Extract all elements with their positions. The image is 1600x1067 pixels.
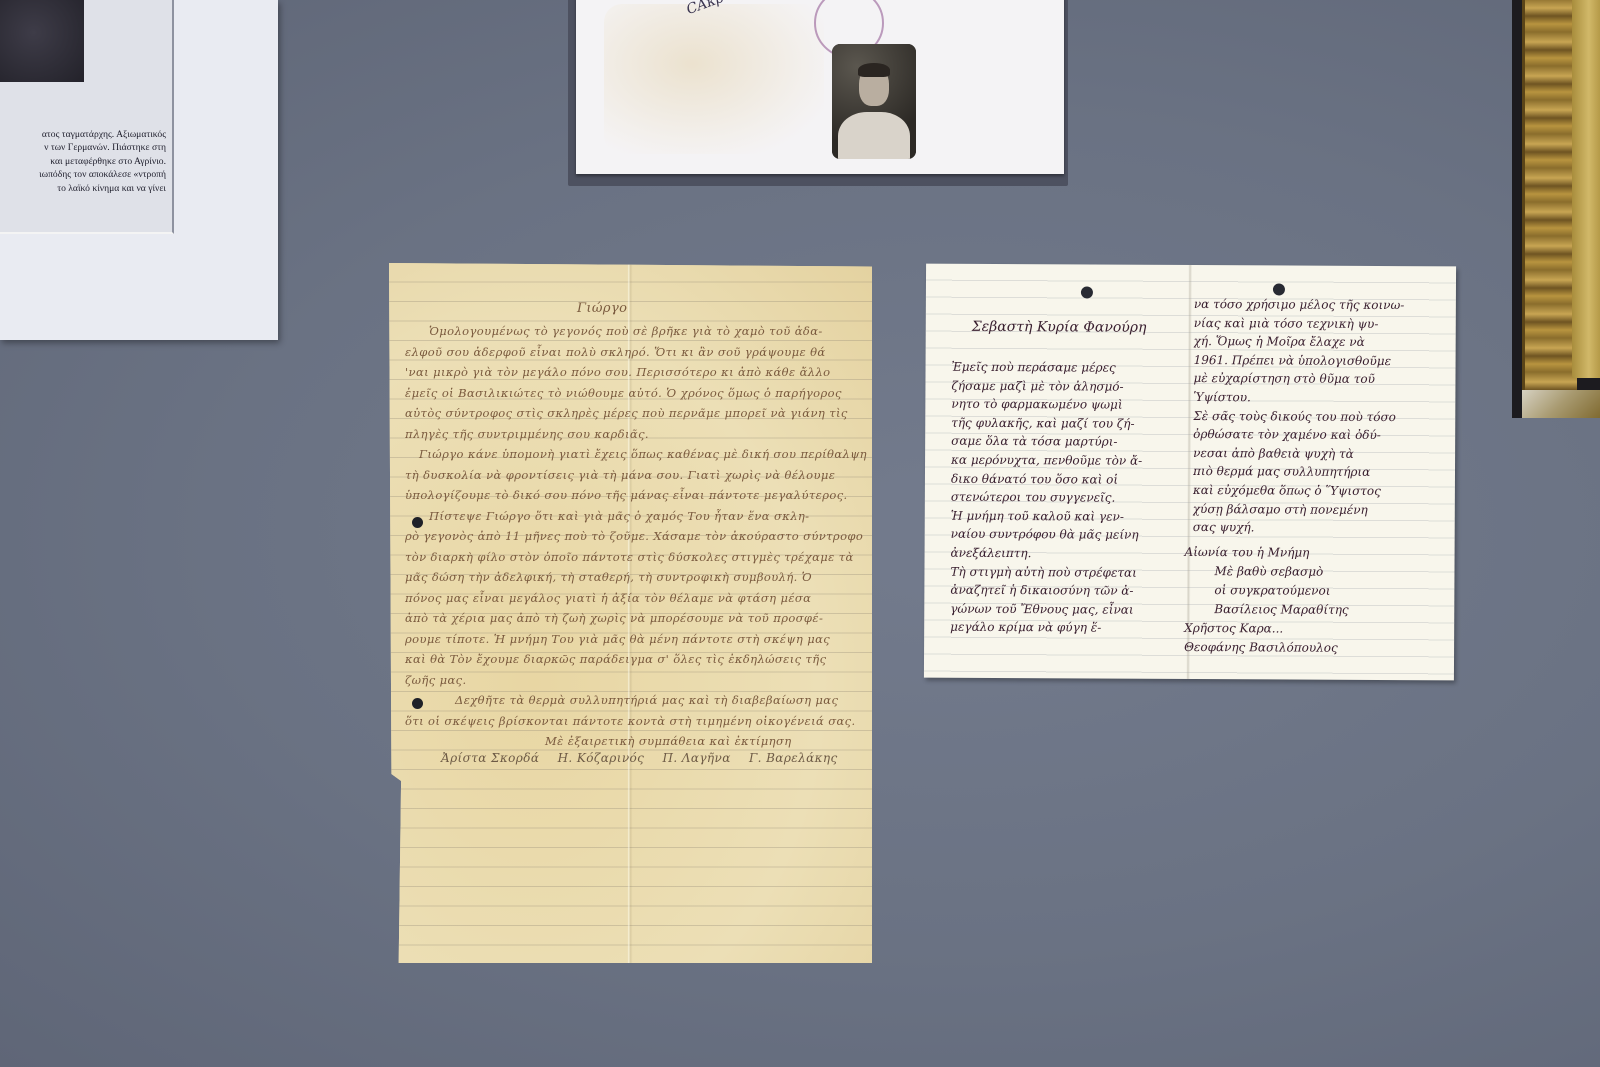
body-line: ὀρθώσατε τὸν χαμένο καὶ ὀδύ-	[1193, 425, 1448, 445]
paper-stain	[604, 4, 824, 154]
body-line: Ἐμεῖς ποὺ περάσαμε μέρες	[951, 358, 1183, 378]
gilt-frame-corner	[1522, 390, 1600, 418]
body-line: Δεχθῆτε τὰ θερμὰ συλλυπητήριά μας καὶ τὴ…	[405, 690, 867, 711]
body-line: δικο θάνατό του ὅσο καὶ οἱ	[951, 469, 1183, 489]
condolence-letter-yellow: Γιώργο Ὁμολογουμένως τὸ γεγονός ποὺ σὲ β…	[389, 263, 872, 963]
closing-line: Θεοφάνης Βασιλόπουλος	[1184, 638, 1348, 658]
print-photo	[0, 0, 84, 82]
print-caption: ατος ταγματάρχης. Αξιωματικός ν των Γερμ…	[0, 128, 166, 195]
signature: Π. Λαγῆνα	[662, 751, 730, 765]
punch-hole	[1081, 286, 1093, 298]
letter-closing: Αἰωνία του ἡ Μνήμη Μὲ βαθὺ σεβασμὸ οἱ συ…	[1214, 543, 1349, 658]
body-line: νητο τὸ φαρμακωμένο ψωμὶ	[951, 395, 1183, 415]
body-line: τῆς φυλακῆς, καὶ μαζί του ζή-	[951, 414, 1183, 434]
body-line: ἐμεῖς οἱ Βασιλικιώτες τὸ νιώθουμε αὐτό. …	[405, 383, 867, 404]
body-line: πιὸ θερμά μας συλλυπητήρια	[1193, 462, 1448, 482]
body-line: καὶ θὰ Τὸν ἔχουμε διαρκῶς παράδειγμα σ' …	[405, 649, 867, 670]
body-line: νεσαι ἀπὸ βαθειὰ ψυχὴ τὰ	[1193, 444, 1448, 464]
letter-left-column: Ἐμεῖς ποὺ περάσαμε μέρες ζήσαμε μαζὶ μὲ …	[950, 358, 1183, 638]
body-line: Ὑψίστου.	[1193, 388, 1448, 408]
body-line: σαμε ὅλα τὰ τόσα μαρτύρι-	[951, 432, 1183, 452]
caption-line: ιωπόδης τον αποκάλεσε «ντροπή	[0, 168, 166, 181]
body-line: ζήσαμε μαζὶ μὲ τὸν ἀλησμό-	[951, 376, 1183, 396]
body-line: κα μερόνυχτα, πενθοῦμε τὸν ἄ-	[951, 451, 1183, 471]
closing-line: Μὲ βαθὺ σεβασμὸ	[1214, 562, 1348, 582]
body-line: χή. Ὅμως ἡ Μοῖρα ἔλαχε νὰ	[1194, 332, 1449, 352]
caption-line: ν των Γερμανών. Πιάστηκε στη	[0, 141, 166, 154]
closing-line: Χρῆστος Καρα...	[1184, 619, 1348, 639]
body-line: Ἡ μνήμη τοῦ καλοῦ καὶ γεν-	[951, 506, 1183, 526]
body-line: σας ψυχή.	[1193, 518, 1448, 538]
body-line: Γιώργο κάνε ὑπομονὴ γιατὶ ἔχεις ὅπως καθ…	[405, 444, 867, 465]
print-mat: ατος ταγματάρχης. Αξιωματικός ν των Γερμ…	[0, 0, 174, 234]
body-line: Τὴ στιγμὴ αὐτὴ ποὺ στρέφεται	[950, 562, 1182, 582]
body-line: ρουμε τίποτε. Ἡ μνήμη Του γιὰ μᾶς θὰ μέν…	[405, 629, 867, 650]
body-line: Πίστεψε Γιώργο ὅτι καὶ γιὰ μᾶς ὁ χαμός Τ…	[405, 506, 867, 527]
signature: Ἀρίστα Σκορδά	[441, 751, 539, 765]
body-line: Σὲ σᾶς τοὺς δικούς του ποὺ τόσο	[1193, 407, 1448, 427]
body-line: Μὲ ἐξαιρετικὴ συμπάθεια καὶ ἐκτίμηση	[405, 731, 867, 752]
body-line: ἀπὸ τὰ χέρια μας ἀπὸ τὴ ζωὴ χωρὶς νὰ μπο…	[405, 608, 867, 629]
signature: Γ. Βαρελάκης	[749, 751, 838, 765]
body-line: 'ναι μικρὸ γιὰ τὸν μεγάλο πόνο σου. Περι…	[405, 362, 867, 383]
letter-right-column: να τόσο χρήσιμο μέλος τῆς κοινω- νίας κα…	[1193, 295, 1449, 538]
body-line: ελφοῦ σου ἀδερφοῦ εἶναι πολὺ σκληρό. Ὅτι…	[405, 342, 867, 363]
body-line: πληγὲς τῆς συντριμμένης σου καρδιᾶς.	[405, 424, 867, 445]
caption-line: ατος ταγματάρχης. Αξιωματικός	[0, 128, 166, 141]
body-line: ζωῆς μας.	[405, 670, 867, 691]
letter-salutation: Γιώργο	[577, 301, 627, 316]
framed-print: ατος ταγματάρχης. Αξιωματικός ν των Γερμ…	[0, 0, 278, 340]
body-line: ναίου συντρόφου θὰ μᾶς μείνη	[951, 525, 1183, 545]
body-line: νίας καὶ μιὰ τόσο τεχνικὴ ψυ-	[1194, 314, 1449, 334]
body-line: να τόσο χρήσιμο μέλος τῆς κοινω-	[1194, 295, 1449, 315]
body-line: μεγάλο κρίμα νὰ φύγη ἕ-	[950, 618, 1182, 638]
body-line: τὸν διαρκὴ φίλο στὸν ὁποῖο πάντοτε στὶς …	[405, 547, 867, 568]
body-line: ὑπολογίζουμε τὸ δικό σου πόνο τῆς μάνας …	[405, 485, 867, 506]
gilt-frame-inner	[1572, 0, 1600, 378]
condolence-letter-white: Σεβαστὴ Κυρία Φανούρη Ἐμεῖς ποὺ περάσαμε…	[924, 264, 1456, 681]
caption-line: το λαϊκό κίνημα και να γίνει	[0, 182, 166, 195]
signature: Η. Κόζαρινός	[558, 751, 645, 765]
portrait-photo	[832, 44, 916, 159]
body-line: 1961. Πρέπει νὰ ὑπολογισθοῦμε	[1194, 351, 1449, 371]
body-line: χύσῃ βάλσαμο στὴ πονεμένη	[1193, 500, 1448, 520]
body-line: μᾶς δώση τὴν ἀδελφική, τὴ σταθερή, τὴ συ…	[405, 567, 867, 588]
body-line: μὲ εὐχαρίστηση στὸ θῦμα τοῦ	[1193, 369, 1448, 389]
identity-document: ϹΑκρ	[576, 0, 1064, 174]
body-line: γώνων τοῦ Ἔθνους μας, εἶναι	[950, 599, 1182, 619]
gilt-frame-ornament	[1522, 0, 1577, 416]
body-line: καὶ εὐχόμεθα ὅπως ὁ Ὕψιστος	[1193, 481, 1448, 501]
closing-line: Αἰωνία του ἡ Μνήμη	[1185, 543, 1349, 563]
body-line: ἀναζητεῖ ἡ δικαιοσύνη τῶν ἀ-	[950, 581, 1182, 601]
caption-line: και μεταφέρθηκε στο Αγρίνιο.	[0, 155, 166, 168]
letter-signatures: Ἀρίστα Σκορδά Η. Κόζαρινός Π. Λαγῆνα Γ. …	[441, 751, 852, 765]
punch-hole	[1273, 283, 1285, 295]
body-line: ὅτι οἱ σκέψεις βρίσκονται πάντοτε κοντὰ …	[405, 711, 867, 732]
body-line: ἀνεξάλειπτη.	[951, 544, 1183, 564]
body-line: Ὁμολογουμένως τὸ γεγονός ποὺ σὲ βρῆκε γι…	[405, 321, 867, 342]
letter-salutation: Σεβαστὴ Κυρία Φανούρη	[972, 319, 1147, 336]
body-line: αὐτὸς σύντροφος στὶς σκληρὲς μέρες ποὺ π…	[405, 403, 867, 424]
body-line: πόνος μας εἶναι μεγάλος γιατὶ ἡ ἀξία τὸν…	[405, 588, 867, 609]
closing-line: Βασίλειος Μαραθίτης	[1214, 600, 1348, 620]
closing-line: οἱ συγκρατούμενοι	[1214, 581, 1348, 601]
body-line: ρὸ γεγονὸς ἀπὸ 11 μῆνες ποὺ τὸ ζοῦμε. Χά…	[405, 526, 867, 547]
body-line: στενώτεροι του συγγενεῖς.	[951, 488, 1183, 508]
body-line: τὴ δυσκολία νὰ φροντίσεις γιὰ τὴ μάνα σο…	[405, 465, 867, 486]
letter-body: Ὁμολογουμένως τὸ γεγονός ποὺ σὲ βρῆκε γι…	[405, 321, 867, 752]
